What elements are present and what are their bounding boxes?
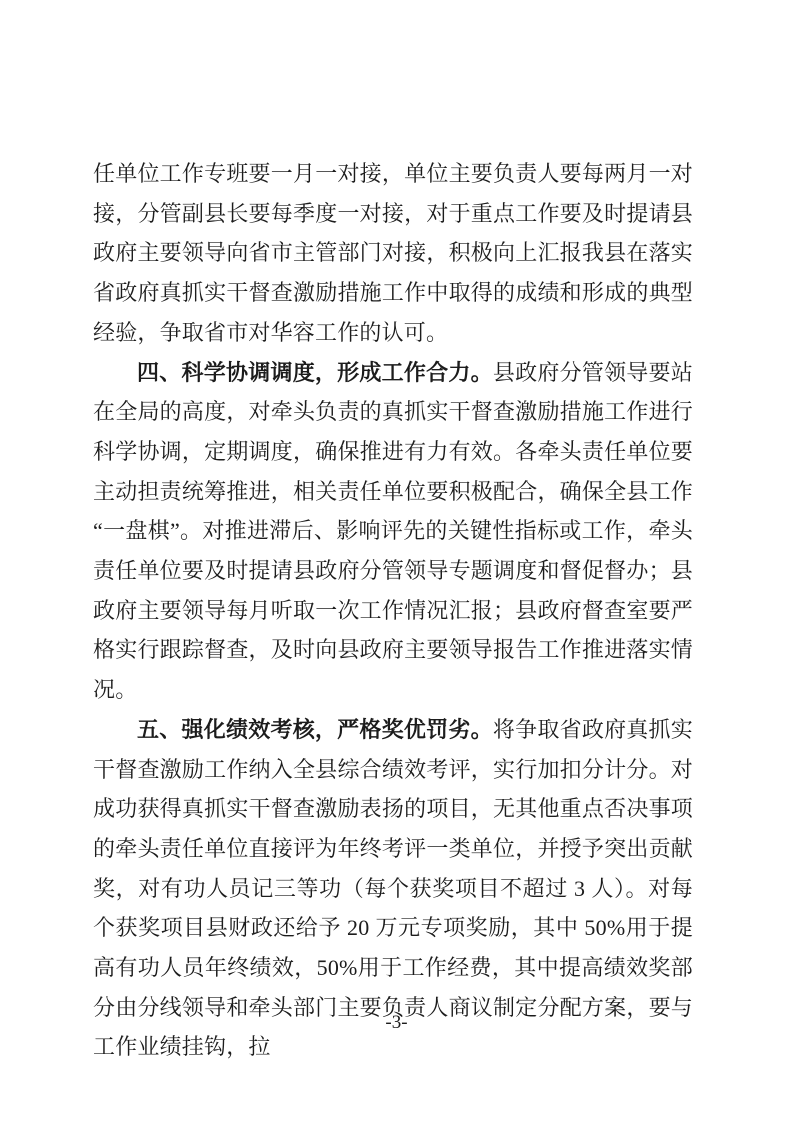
paragraph-text: 县政府分管领导要站在全局的高度，对牵头负责的真抓实干督查激励措施工作进行科学协调… xyxy=(93,360,693,703)
section-4-heading: 四、科学协调调度，形成工作合力。 xyxy=(137,360,493,385)
paragraph-text: 任单位工作专班要一月一对接，单位主要负责人要每两月一对接，分管副县长要每季度一对… xyxy=(93,161,693,345)
document-body: 任单位工作专班要一月一对接，单位主要负责人要每两月一对接，分管副县长要每季度一对… xyxy=(93,154,693,1067)
paragraph-continuation: 任单位工作专班要一月一对接，单位主要负责人要每两月一对接，分管副县长要每季度一对… xyxy=(93,154,693,353)
section-5-heading: 五、强化绩效考核，严格奖优罚劣。 xyxy=(137,717,493,742)
document-page: 任单位工作专班要一月一对接，单位主要负责人要每两月一对接，分管副县长要每季度一对… xyxy=(0,0,793,1122)
paragraph-text: 将争取省政府真抓实干督查激励工作纳入全县综合绩效考评，实行加扣分计分。对成功获得… xyxy=(93,717,693,1060)
paragraph-section-4: 四、科学协调调度，形成工作合力。县政府分管领导要站在全局的高度，对牵头负责的真抓… xyxy=(93,353,693,710)
page-number: -3- xyxy=(0,1010,793,1036)
